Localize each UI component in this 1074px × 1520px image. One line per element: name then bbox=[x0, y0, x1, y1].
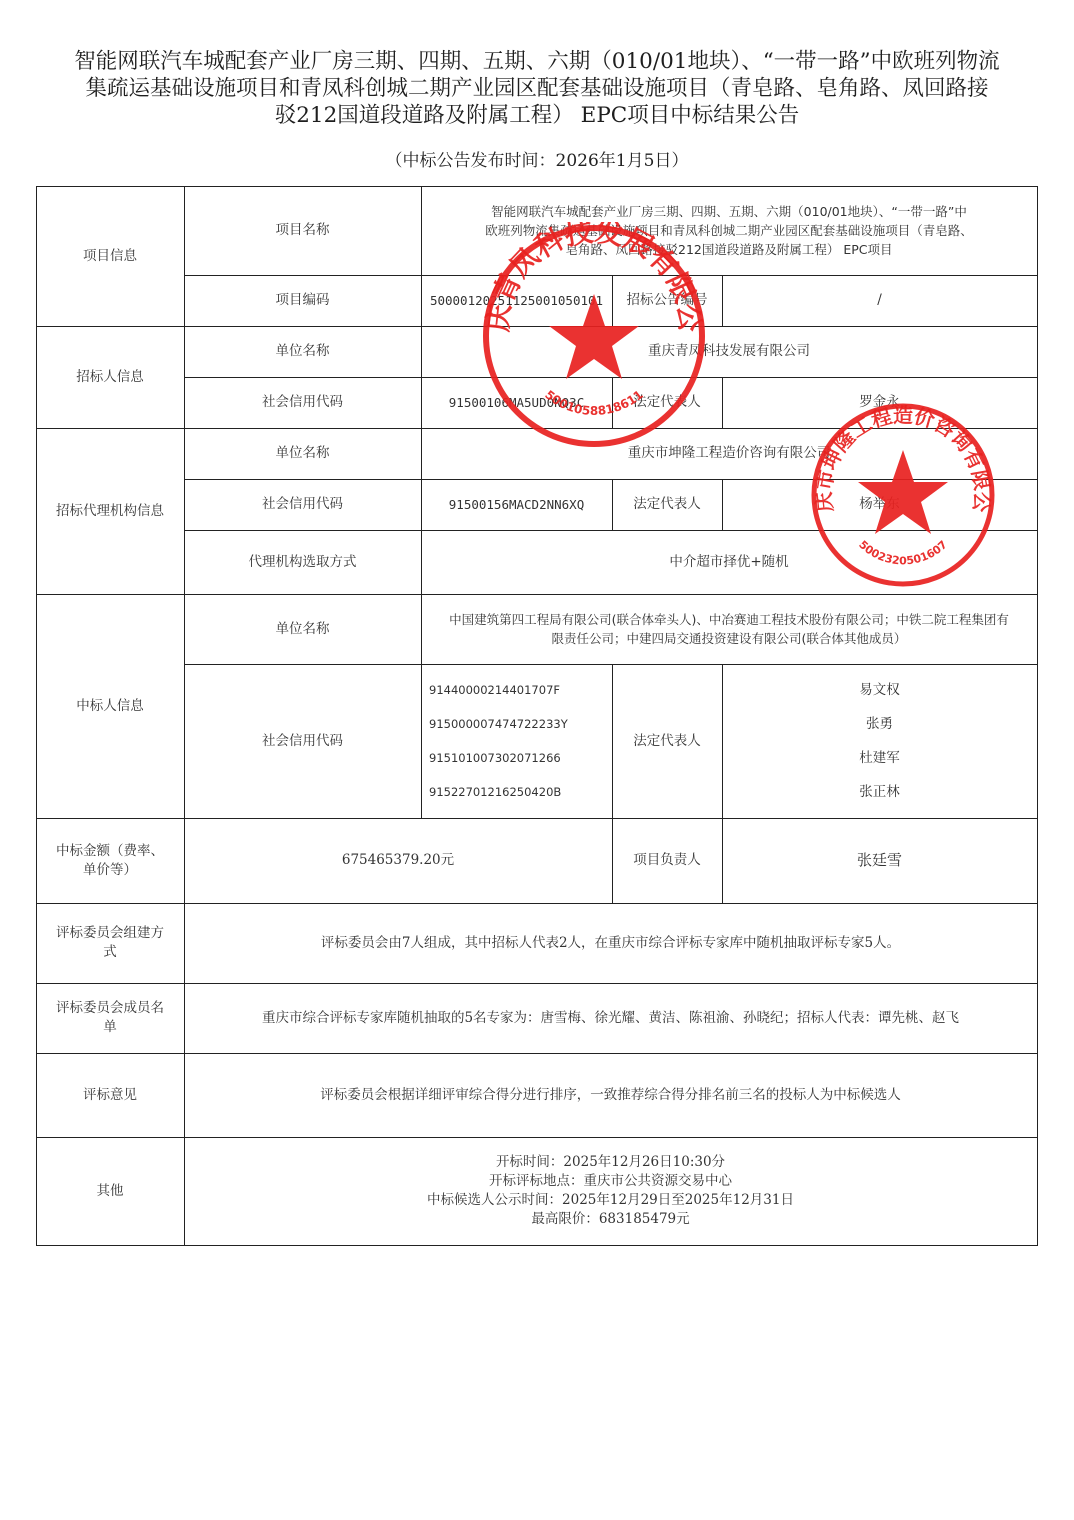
project-name-value: 智能网联汽车城配套产业厂房三期、四期、五期、六期（010/01地块）、“一带一路… bbox=[421, 186, 1037, 275]
agency-credit-value: 91500156MACD2NN6XQ bbox=[421, 479, 612, 530]
rep-name: 张正林 bbox=[859, 775, 900, 809]
section-label-project-info: 项目信息 bbox=[36, 186, 184, 326]
max-price: 最高限价：683185479元 bbox=[531, 1210, 689, 1229]
agency-credit-label: 社会信用代码 bbox=[184, 479, 421, 530]
project-code-value: 50000120251125001050101 bbox=[421, 275, 612, 326]
notice-number-value: / bbox=[722, 275, 1037, 326]
section-label-winner: 中标人信息 bbox=[36, 594, 184, 818]
winner-rep-values: 易文权 张勇 杜建军 张正林 bbox=[722, 664, 1037, 818]
committee-method-label: 评标委员会组建方 式 bbox=[36, 903, 184, 983]
bid-open-time: 开标时间：2025年12月26日10:30分 bbox=[496, 1153, 725, 1172]
credit-code: 91522701216250420B bbox=[429, 775, 561, 809]
tenderer-unit-label: 单位名称 bbox=[184, 326, 421, 377]
section-label-agency: 招标代理机构信息 bbox=[36, 428, 184, 594]
agency-method-value: 中介超市择优+随机 bbox=[421, 530, 1037, 594]
notice-number-label: 招标公告编号 bbox=[612, 275, 722, 326]
project-manager-label: 项目负责人 bbox=[612, 818, 722, 903]
winner-credit-values: 91440000214401707F 915000007474722233Y 9… bbox=[421, 664, 612, 818]
section-label-tenderer: 招标人信息 bbox=[36, 326, 184, 428]
agency-unit-value: 重庆市坤隆工程造价咨询有限公司 bbox=[421, 428, 1037, 479]
credit-code: 915101007302071266 bbox=[429, 741, 561, 775]
winner-unit-label: 单位名称 bbox=[184, 594, 421, 664]
bid-amount-label: 中标金额（费率、 单价等） bbox=[36, 818, 184, 903]
credit-code: 91440000214401707F bbox=[429, 673, 560, 707]
rep-name: 杜建军 bbox=[859, 741, 900, 775]
project-manager-value: 张廷雪 bbox=[722, 818, 1037, 903]
opinion-label: 评标意见 bbox=[36, 1053, 184, 1137]
opinion-value: 评标委员会根据详细评审综合得分进行排序，一致推荐综合得分排名前三名的投标人为中标… bbox=[184, 1053, 1037, 1137]
publicity-period: 中标候选人公示时间：2025年12月29日至2025年12月31日 bbox=[427, 1191, 794, 1210]
tenderer-unit-value: 重庆青凤科技发展有限公司 bbox=[421, 326, 1037, 377]
rep-name: 张勇 bbox=[866, 707, 893, 741]
tenderer-credit-value: 91500106MA5UD0NQ3C bbox=[421, 377, 612, 428]
bid-amount-value: 675465379.20元 bbox=[184, 818, 612, 903]
document-title: 智能网联汽车城配套产业厂房三期、四期、五期、六期（010/01地块）、“一带一路… bbox=[30, 48, 1044, 129]
title-line: 智能网联汽车城配套产业厂房三期、四期、五期、六期（010/01地块）、“一带一路… bbox=[30, 48, 1044, 75]
winner-rep-label: 法定代表人 bbox=[612, 664, 722, 818]
agency-unit-label: 单位名称 bbox=[184, 428, 421, 479]
project-name-label: 项目名称 bbox=[184, 186, 421, 275]
winner-unit-value: 中国建筑第四工程局有限公司(联合体牵头人)、中冶赛迪工程技术股份有限公司；中铁二… bbox=[421, 594, 1037, 664]
agency-rep-value: 杨举东 bbox=[722, 479, 1037, 530]
other-value: 开标时间：2025年12月26日10:30分 开标评标地点：重庆市公共资源交易中… bbox=[184, 1137, 1037, 1245]
rep-name: 易文权 bbox=[859, 673, 900, 707]
other-label: 其他 bbox=[36, 1137, 184, 1245]
tenderer-rep-label: 法定代表人 bbox=[612, 377, 722, 428]
winner-credit-label: 社会信用代码 bbox=[184, 664, 421, 818]
title-line: 驳212国道段道路及附属工程） EPC项目中标结果公告 bbox=[30, 102, 1044, 129]
committee-method-value: 评标委员会由7人组成，其中招标人代表2人，在重庆市综合评标专家库中随机抽取评标专… bbox=[184, 903, 1037, 983]
credit-code: 915000007474722233Y bbox=[429, 707, 568, 741]
tenderer-credit-label: 社会信用代码 bbox=[184, 377, 421, 428]
bid-location: 开标评标地点：重庆市公共资源交易中心 bbox=[489, 1172, 732, 1191]
agency-rep-label: 法定代表人 bbox=[612, 479, 722, 530]
project-code-label: 项目编码 bbox=[184, 275, 421, 326]
publish-time: （中标公告发布时间：2026年1月5日） bbox=[30, 146, 1044, 171]
title-line: 集疏运基础设施项目和青凤科创城二期产业园区配套基础设施项目（青皂路、皂角路、凤回… bbox=[30, 75, 1044, 102]
agency-method-label: 代理机构选取方式 bbox=[184, 530, 421, 594]
tenderer-rep-value: 罗金永 bbox=[722, 377, 1037, 428]
committee-members-value: 重庆市综合评标专家库随机抽取的5名专家为：唐雪梅、徐光耀、黄洁、陈祖渝、孙晓纪；… bbox=[184, 983, 1037, 1053]
committee-members-label: 评标委员会成员名 单 bbox=[36, 983, 184, 1053]
